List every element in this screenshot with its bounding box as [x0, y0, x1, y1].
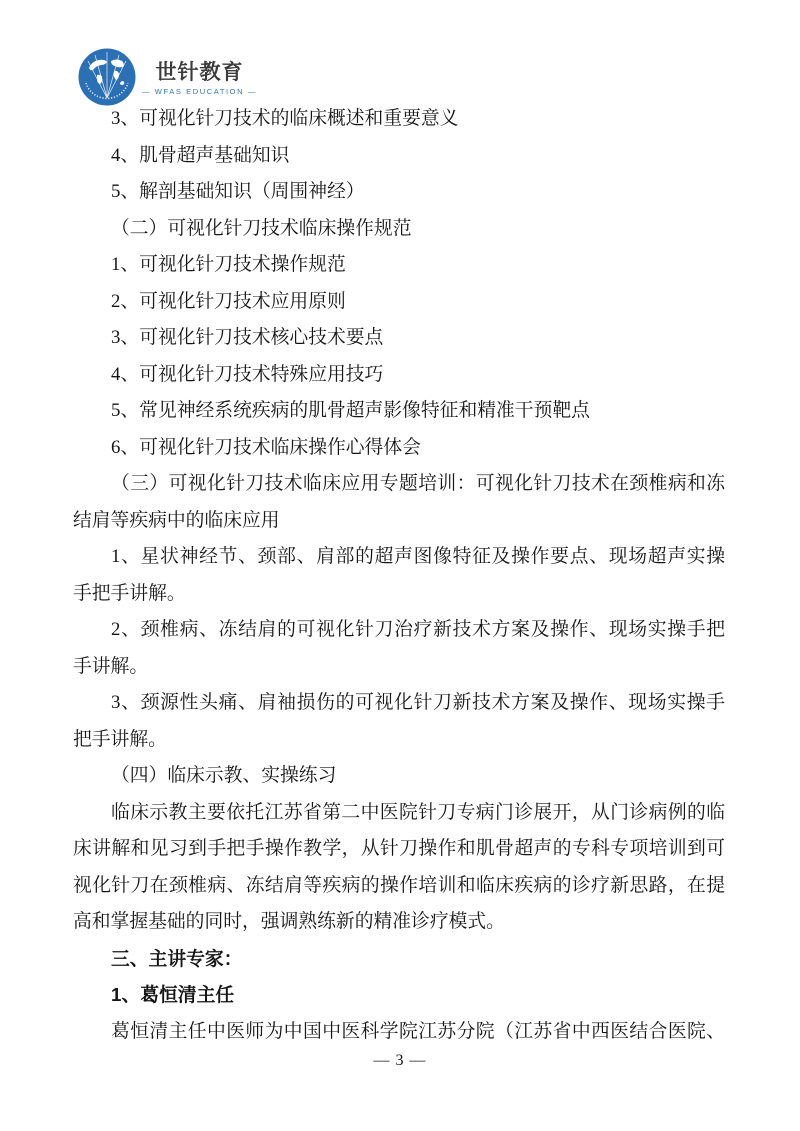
text-line: （三）可视化针刀技术临床应用专题培训：可视化针刀技术在颈椎病和冻 — [73, 466, 725, 503]
text-line: 2、可视化针刀技术应用原则 — [73, 284, 725, 321]
text-line: 手把手讲解。 — [73, 576, 725, 613]
text-line: 结肩等疾病中的临床应用 — [73, 503, 725, 540]
text-line: 临床示教主要依托江苏省第二中医院针刀专病门诊展开，从门诊病例的临 — [73, 795, 725, 832]
text-line: （二）可视化针刀技术临床操作规范 — [73, 211, 725, 248]
text-line: 高和掌握基础的同时，强调熟练新的精准诊疗模式。 — [73, 904, 725, 941]
document-page: 世针教育 — WFAS EDUCATION — 3、可视化针刀技术的临床概述和重… — [0, 0, 800, 1131]
logo-subtitle: — WFAS EDUCATION — — [142, 87, 257, 96]
text-line: 3、可视化针刀技术核心技术要点 — [73, 320, 725, 357]
text-line: 手讲解。 — [73, 649, 725, 686]
page-number: — 3 — — [0, 1052, 800, 1070]
logo: 世针教育 — WFAS EDUCATION — — [78, 48, 257, 106]
text-line: 1、可视化针刀技术操作规范 — [73, 247, 725, 284]
text-line: （四）临床示教、实操练习 — [73, 758, 725, 795]
text-line: 三、主讲专家： — [73, 941, 725, 978]
text-line: 4、肌骨超声基础知识 — [73, 138, 725, 175]
text-line: 2、颈椎病、冻结肩的可视化针刀治疗新技术方案及操作、现场实操手把 — [73, 612, 725, 649]
text-line: 5、常见神经系统疾病的肌骨超声影像特征和精准干预靶点 — [73, 393, 725, 430]
wfas-globe-emblem-icon — [78, 48, 136, 106]
text-line: 视化针刀在颈椎病、冻结肩等疾病的操作培训和临床疾病的诊疗新思路，在提 — [73, 868, 725, 905]
text-line: 1、葛恒清主任 — [73, 977, 725, 1014]
text-line: 把手讲解。 — [73, 722, 725, 759]
text-line: 3、可视化针刀技术的临床概述和重要意义 — [73, 101, 725, 138]
text-line: 4、可视化针刀技术特殊应用技巧 — [73, 357, 725, 394]
logo-title: 世针教育 — [155, 59, 243, 85]
text-line: 6、可视化针刀技术临床操作心得体会 — [73, 430, 725, 467]
text-line: 床讲解和见习到手把手操作教学，从针刀操作和肌骨超声的专科专项培训到可 — [73, 831, 725, 868]
text-line: 1、星状神经节、颈部、肩部的超声图像特征及操作要点、现场超声实操 — [73, 539, 725, 576]
logo-text: 世针教育 — WFAS EDUCATION — — [142, 59, 257, 96]
text-line: 3、颈源性头痛、肩袖损伤的可视化针刀新技术方案及操作、现场实操手 — [73, 685, 725, 722]
content-column: 3、可视化针刀技术的临床概述和重要意义4、肌骨超声基础知识5、解剖基础知识（周围… — [73, 101, 725, 1050]
text-line: 5、解剖基础知识（周围神经） — [73, 174, 725, 211]
text-line: 葛恒清主任中医师为中国中医科学院江苏分院（江苏省中西医结合医院、 — [73, 1014, 725, 1051]
